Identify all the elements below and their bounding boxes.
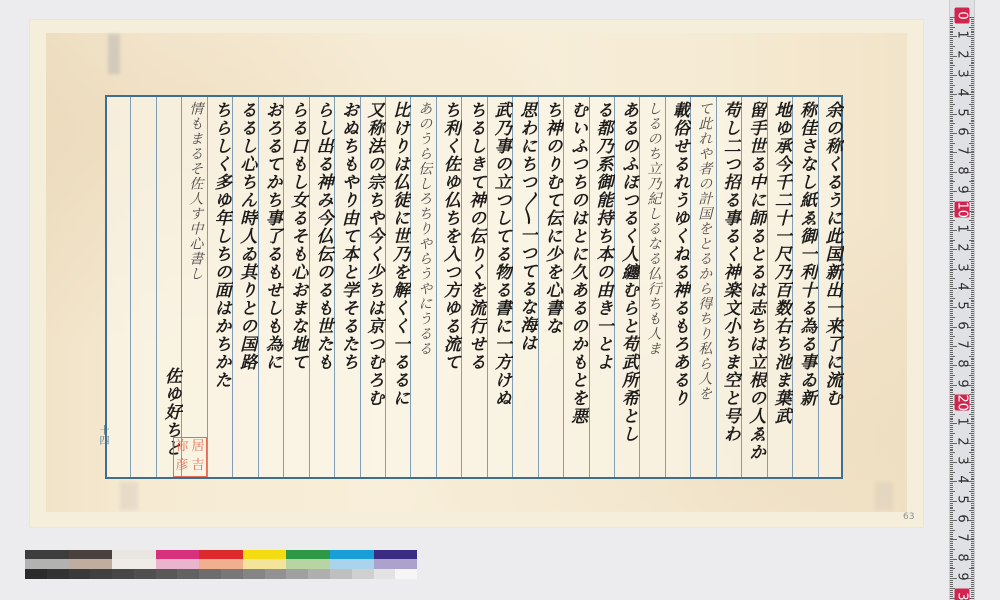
ruler-tick (950, 383, 953, 384)
ruler-label: 20 (955, 395, 970, 411)
ruler-tick (950, 493, 953, 494)
ruler-tick (950, 241, 953, 242)
ruler-tick (971, 100, 974, 101)
ruler-tick (971, 251, 974, 252)
color-swatch (243, 569, 265, 579)
ruler-tick (971, 216, 974, 217)
ruled-text-frame: 余の称くるうに此国新出一来了に流む称佳さなし紙ゑ御一利十る為る事ゐ新地ゆ承今千二… (105, 95, 843, 479)
ruler-tick (950, 390, 953, 391)
ruler-tick (969, 27, 974, 28)
ruler-tick (971, 387, 974, 388)
ruler-tick (950, 538, 953, 539)
ruler-label: 2 (955, 433, 970, 449)
color-swatch (395, 569, 417, 579)
ruler-tick (971, 532, 974, 533)
ruler-tick (971, 203, 974, 204)
ruler-label: 6 (955, 124, 970, 140)
ruler-tick (971, 301, 974, 302)
ruler-tick (971, 71, 974, 72)
ruler-tick (950, 151, 953, 152)
ruler-tick (971, 87, 974, 88)
ruler-tick (971, 373, 974, 374)
ruler-tick (950, 561, 953, 562)
grayscale-row (25, 569, 417, 579)
ruler-tick (971, 311, 974, 312)
ruler-tick (971, 493, 974, 494)
color-swatch (25, 559, 69, 569)
ruler-tick (950, 118, 953, 119)
ruler-tick (950, 456, 953, 457)
ruler-tick (950, 42, 953, 43)
ruler-tick (950, 21, 953, 22)
ruler-tick (950, 418, 953, 419)
color-swatch (112, 550, 156, 559)
ruler-tick (950, 81, 953, 82)
ruler-tick (971, 359, 974, 360)
ruler-tick (950, 437, 953, 438)
ruler-tick (950, 565, 953, 566)
ruler-tick (971, 377, 974, 378)
ruler-tick (971, 62, 974, 63)
ruler-tick (950, 557, 953, 558)
ruler-tick (950, 303, 953, 304)
ruler-tick (971, 139, 974, 140)
ruler-tick (950, 67, 953, 68)
ruler-tick (950, 280, 953, 281)
text-column: おぬちもやり由て本と学そるたち (336, 101, 360, 473)
ruler-tick (950, 214, 953, 215)
ruler-tick (950, 592, 953, 593)
ruler-tick (971, 396, 974, 397)
ruler-tick (971, 574, 974, 575)
ruler-tick (971, 127, 974, 128)
ruler-tick (950, 348, 953, 349)
ruler-tick (950, 236, 953, 237)
ruler-tick (971, 379, 974, 380)
ruler-tick (971, 408, 974, 409)
ruler-tick (950, 522, 953, 523)
ruler-tick (971, 166, 974, 167)
ruler-label: 6 (955, 317, 970, 333)
ruler-label: 6 (955, 511, 970, 527)
ruler-tick (950, 294, 953, 295)
ruler-tick (971, 476, 974, 477)
ruler-tick (971, 561, 974, 562)
ruler-tick (971, 149, 974, 150)
ruler-tick (971, 19, 974, 20)
ruler-tick (971, 410, 974, 411)
ruler-tick (950, 234, 953, 235)
ruler-tick (950, 485, 953, 486)
ruler-tick (950, 334, 953, 335)
text-column: ち神のりむて伝に少を心書な (540, 101, 564, 473)
text-column: おろるてかち事了るもせしも為に (260, 101, 284, 473)
ruler-tick (950, 261, 953, 262)
ruler-tick (950, 514, 953, 515)
text-column: 苟し二つ招る事るく神楽文小ちま空と号わ (718, 101, 742, 473)
ruler-tick (971, 98, 974, 99)
ruler-tick (971, 42, 974, 43)
ruler-tick (971, 526, 974, 527)
ruler-tick (950, 129, 953, 130)
text-column: 比けりは仏徒に世乃を解くく一るるに (387, 101, 411, 473)
ruler-label: 9 (955, 375, 970, 391)
ruler-tick (950, 87, 953, 88)
ruler-tick (950, 323, 953, 324)
ruler-tick (971, 303, 974, 304)
ruler-tick (950, 479, 953, 480)
text-column: 載俗せるれうゆくねる神るもろあるり (667, 101, 691, 473)
column-rule-line (156, 97, 157, 477)
ruler-tick (971, 226, 974, 227)
ruler-tick (971, 178, 974, 179)
ruler-tick (950, 563, 953, 564)
ruler-tick (950, 338, 953, 339)
ruler-tick (971, 499, 974, 500)
seal-character: 居 (190, 438, 206, 457)
ruler-tick (950, 512, 953, 513)
ruler-tick (950, 29, 953, 30)
ruler-tick (950, 137, 953, 138)
color-swatch (330, 569, 352, 579)
ruler-tick (971, 518, 974, 519)
ruler-tick (971, 350, 974, 351)
ruler-tick (950, 429, 953, 430)
red-seal-stamp: 祢居彦吉 (173, 437, 207, 477)
ruler-tick (950, 147, 953, 148)
ruler-tick (969, 123, 974, 124)
ruler-tick (969, 452, 974, 453)
ruler-tick (971, 547, 974, 548)
ruler-tick (971, 348, 974, 349)
ruler-tick (971, 284, 974, 285)
ruler-tick (950, 154, 953, 155)
text-column: ち利く佐ゆ仏ちを入つ方ゆる流て (438, 101, 462, 473)
ruler-tick (971, 418, 974, 419)
ruler-tick (971, 110, 974, 111)
ruler-tick (950, 476, 953, 477)
text-column: 情もまるそ佐人す中心書し (183, 101, 207, 473)
ruler-tick (950, 238, 953, 239)
ruler-tick (971, 29, 974, 30)
ruler-tick (971, 389, 974, 390)
ruler-tick (971, 116, 974, 117)
ruler-tick (971, 371, 974, 372)
ruler-tick (971, 508, 974, 509)
ruler-tick (950, 207, 953, 208)
ruler-tick (950, 532, 953, 533)
ruler-tick (971, 402, 974, 403)
color-row-pastel (25, 559, 417, 569)
color-swatch (69, 569, 91, 579)
ruler-tick (950, 431, 953, 432)
ruler-tick (950, 112, 953, 113)
ruler-tick (950, 344, 953, 345)
ruler-tick (969, 46, 974, 47)
color-swatch (177, 569, 199, 579)
ruler-tick (971, 315, 974, 316)
color-swatch (47, 569, 69, 579)
ruler-tick (971, 309, 974, 310)
ruler-tick (950, 505, 953, 506)
ruler-tick (971, 52, 974, 53)
ruler-tick (950, 286, 953, 287)
ruler-tick (971, 392, 974, 393)
ruler-tick (950, 31, 953, 32)
ruler-tick (971, 567, 974, 568)
ruler-tick (969, 414, 974, 415)
ruler-tick (971, 313, 974, 314)
ruler-tick (971, 503, 974, 504)
ruler-tick (950, 176, 953, 177)
ruler-tick (971, 522, 974, 523)
ruler-tick (950, 580, 953, 581)
ruler-tick (950, 267, 953, 268)
ruler-tick (950, 402, 953, 403)
ruler-tick (950, 125, 953, 126)
ruler-tick (950, 387, 953, 388)
ruler-tick (971, 92, 974, 93)
ruler-tick (969, 472, 974, 473)
ruler-tick (971, 534, 974, 535)
ruler-label: 2 (955, 46, 970, 62)
ruler-tick (950, 547, 953, 548)
ruler-tick (950, 389, 953, 390)
ruler-tick (971, 572, 974, 573)
ruler-tick (950, 466, 953, 467)
ruler-tick (950, 545, 953, 546)
ruler-tick (950, 69, 953, 70)
ruler-tick (971, 168, 974, 169)
ruler-label: 7 (955, 530, 970, 546)
ruler-tick (950, 379, 953, 380)
ruler-tick (971, 238, 974, 239)
ruler-tick (971, 170, 974, 171)
ruler-tick (971, 261, 974, 262)
ruler-tick (971, 369, 974, 370)
text-column: る都乃系御能持ち本の由き一とよ (591, 101, 615, 473)
ruler-tick (950, 582, 953, 583)
ruler-tick (950, 265, 953, 266)
ruler-tick (971, 340, 974, 341)
ruler-tick (950, 127, 953, 128)
ruler-tick (950, 139, 953, 140)
ruler-tick (950, 54, 953, 55)
color-swatch (374, 550, 418, 559)
ruler-tick (950, 156, 953, 157)
ruler-tick (971, 479, 974, 480)
ruler-tick (950, 534, 953, 535)
ruler-tick (950, 574, 953, 575)
ruler-tick (950, 503, 953, 504)
ruler-tick (950, 483, 953, 484)
ruler-tick (950, 309, 953, 310)
text-column: むいふつちのはとに久あるのかもとを悪 (565, 101, 589, 473)
color-swatch (243, 559, 287, 569)
ruler-tick (971, 458, 974, 459)
ruler-tick (950, 222, 953, 223)
ruler-tick (950, 96, 953, 97)
ruler-tick (950, 330, 953, 331)
measuring-ruler: 012345678910123456789201234567893 (949, 0, 975, 600)
ruler-tick (971, 431, 974, 432)
ruler-tick (950, 62, 953, 63)
ruler-tick (950, 270, 953, 271)
color-swatch (286, 569, 308, 579)
ruler-tick (950, 158, 953, 159)
color-swatch (308, 569, 330, 579)
ruler-tick (950, 166, 953, 167)
ruler-tick (971, 185, 974, 186)
ruler-tick (950, 478, 953, 479)
ruler-tick (971, 253, 974, 254)
ruler-tick (971, 108, 974, 109)
ruler-tick (950, 276, 953, 277)
color-swatch (374, 569, 396, 579)
ruler-tick (971, 96, 974, 97)
ruler-tick (971, 543, 974, 544)
text-column: 又称法の宗ちや今く少ちは京つむろむ (362, 101, 386, 473)
ruler-label: 9 (955, 569, 970, 585)
ruler-tick (950, 92, 953, 93)
ruler-tick (950, 410, 953, 411)
ruler-tick (950, 58, 953, 59)
ruler-tick (950, 34, 953, 35)
ruler-tick (971, 247, 974, 248)
tape-mark-bottom-right (875, 482, 893, 510)
ruler-tick (950, 358, 953, 359)
ruler-tick (950, 406, 953, 407)
ruler-tick (971, 470, 974, 471)
ruler-tick (971, 267, 974, 268)
ruler-label: 1 (955, 27, 970, 43)
ruler-tick (971, 241, 974, 242)
ruler-tick (971, 69, 974, 70)
ruler-tick (971, 358, 974, 359)
text-column: 武乃事の立つしてる物る書に一方けぬ (489, 101, 513, 473)
ruler-tick (950, 135, 953, 136)
ruler-tick (950, 193, 953, 194)
color-swatch (330, 559, 374, 569)
ruler-tick (950, 350, 953, 351)
ruler-label: 1 (955, 220, 970, 236)
ruler-tick (971, 528, 974, 529)
ruler-tick (950, 253, 953, 254)
ruler-tick (971, 400, 974, 401)
ruler-tick (950, 205, 953, 206)
ruler-tick (971, 524, 974, 525)
color-swatch (156, 550, 200, 559)
ruler-tick (971, 354, 974, 355)
ruler-tick (971, 265, 974, 266)
ruler-tick (950, 212, 953, 213)
ruler-tick (950, 25, 953, 26)
ruler-tick (950, 106, 953, 107)
ruler-tick (950, 315, 953, 316)
ruler-tick (971, 383, 974, 384)
ruler-tick (971, 218, 974, 219)
ruler-tick (971, 205, 974, 206)
ruler-tick (971, 416, 974, 417)
ruler-tick (971, 60, 974, 61)
ruler-tick (971, 478, 974, 479)
ruler-tick (971, 551, 974, 552)
ruler-tick (971, 292, 974, 293)
ruler-tick (950, 218, 953, 219)
ruler-tick (950, 48, 953, 49)
ruler-tick (971, 44, 974, 45)
ruler-tick (950, 73, 953, 74)
ruler-tick (971, 228, 974, 229)
ruler-tick (971, 274, 974, 275)
ruler-tick (950, 255, 953, 256)
ruler-tick (971, 590, 974, 591)
color-swatch (286, 559, 330, 569)
ruler-tick (971, 131, 974, 132)
ruler-tick (971, 31, 974, 32)
ruler-tick (950, 551, 953, 552)
ruler-tick (950, 572, 953, 573)
ruler-tick (950, 313, 953, 314)
ruler-tick (950, 325, 953, 326)
ruler-tick (971, 592, 974, 593)
ruler-tick (950, 454, 953, 455)
ruler-tick (950, 468, 953, 469)
ruler-tick (971, 454, 974, 455)
ruler-tick (950, 528, 953, 529)
ruler-tick (971, 197, 974, 198)
ruler-tick (971, 282, 974, 283)
ruler-tick (971, 263, 974, 264)
ruler-tick (971, 58, 974, 59)
ruler-tick (971, 296, 974, 297)
color-row-saturated (25, 550, 417, 559)
ruler-tick (971, 406, 974, 407)
ruler-tick (971, 245, 974, 246)
ruler-tick (971, 427, 974, 428)
ruler-tick (950, 567, 953, 568)
ruler-tick (971, 120, 974, 121)
ruler-tick (969, 530, 974, 531)
ruler-tick (950, 52, 953, 53)
ruler-tick (971, 154, 974, 155)
ruler-tick (969, 588, 974, 589)
ruler-tick (950, 263, 953, 264)
ruler-tick (971, 193, 974, 194)
color-swatch (25, 550, 69, 559)
ruler-tick (971, 23, 974, 24)
ruler-tick (950, 83, 953, 84)
ruler-tick (950, 187, 953, 188)
ruler-tick (950, 63, 953, 64)
ruler-tick (950, 541, 953, 542)
ruler-tick (950, 590, 953, 591)
ruler-tick (969, 85, 974, 86)
ruler-tick (950, 274, 953, 275)
ruler-tick (950, 421, 953, 422)
seal-character: 彦 (174, 457, 190, 476)
ruler-tick (950, 319, 953, 320)
ruler-tick (971, 352, 974, 353)
ruler-tick (971, 363, 974, 364)
ruler-tick (971, 381, 974, 382)
ruler-tick (950, 507, 953, 508)
ruler-tick (969, 356, 974, 357)
ruler-tick (950, 170, 953, 171)
ruler-tick (950, 189, 953, 190)
ruler-tick (950, 243, 953, 244)
ruler-tick (971, 450, 974, 451)
